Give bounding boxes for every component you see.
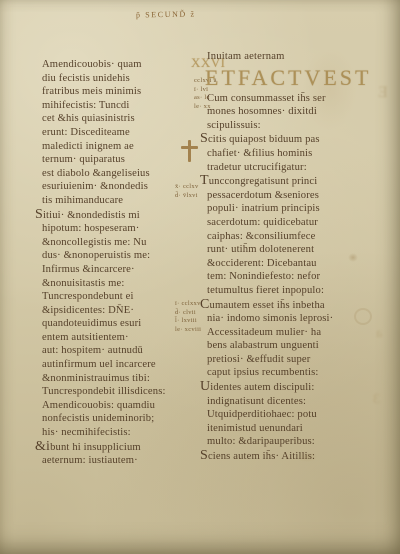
text-line: &noncollegistis me: Nu [42,236,194,250]
text-line: aeternum: iustiautem· [42,454,194,468]
text-line: Scitis quiapost biduum pas [207,132,382,147]
text-line: autinfirmum uel incarcere [42,358,194,372]
right-text-column: Inuitam aeternam ETFACTVEST Cum consumma… [207,50,382,464]
text-line: dus· &nonoperuistis me: [42,249,194,263]
text-line: multo: &daripauperibus: [207,435,382,449]
text-line: &occiderent: Dicebantau [207,257,382,271]
text-line: &ibunt hi insupplicium [42,440,194,455]
text-line: caput ipsius recumbentis: [207,366,382,380]
incipit-capitals: ETFACTVEST [205,65,382,91]
text-line: mones hosomnes· dixitdi [207,105,382,119]
text-line: tradetur utcrucifigatur: [207,161,382,175]
text-line: aut: hospitem· autnudū [42,344,194,358]
text-line: cet &his quiasinistris [42,112,194,126]
text-line: est diabolo &angeliseius [42,167,194,181]
text-line: Sitiui· &nondedistis mi [42,208,194,223]
text-line: nonfecistis unideminorib; [42,412,194,426]
text-line: Tunccongregatisunt princi [207,174,382,189]
text-line: erunt: Discediteame [42,126,194,140]
text-line: &ipsidicentes: DN̄E· [42,304,194,318]
text-line: entem autsitientem· [42,331,194,345]
text-line: tetumultus fieret inpopulo: [207,284,382,298]
text-line: tem: Nonindiefesto: nefor [207,270,382,284]
text-line: indignatisunt dicentes: [207,395,382,409]
text-line: Amendicouobis: quamdiu [42,399,194,413]
text-line: Utquidperditiohaec: potu [207,408,382,422]
text-line: Tuncrespondebit illisdicens: [42,385,194,399]
text-line: ternum· quiparatus [42,153,194,167]
text-line: &nonministrauimus tibi: [42,372,194,386]
text-line: Accessitadeum mulier· ha [207,326,382,340]
text-line: hipotum: hospeseram· [42,222,194,236]
text-line: sacerdotum: quidicebatur [207,216,382,230]
text-line: &nonuisitastis me: [42,277,194,291]
text-line: bens alabastrum unguenti [207,339,382,353]
text-line: quandoteuidimus esuri [42,317,194,331]
text-line: populi· inatrium principis [207,202,382,216]
running-header: p̃ SECUND̃ z̃ [136,9,196,19]
text-line: Tuncrespondebunt ei [42,290,194,304]
text-line: chafiet· &filius hominis [207,147,382,161]
text-line: pessacerdotum &seniores [207,189,382,203]
text-line: fratribus meis minimis [42,85,194,99]
text-line: Amendicouobis· quam [42,58,194,72]
text-line: Sciens autem ih̄s· Aitillis: [207,449,382,464]
text-line: mihifecistis: Tuncdi [42,99,194,113]
text-line: runt· utih̄m dolotenerent [207,243,382,257]
text-line: scipulissuis: [207,119,382,133]
text-line: maledicti inignem ae [42,140,194,154]
text-line: itenimistud uenundari [207,422,382,436]
text-line: Infirmus &incarcere· [42,263,194,277]
text-line: Cum consummasset ih̄s ser [207,92,382,106]
text-line: pretiosi· &effudit super [207,353,382,367]
manuscript-page: p̃ SECUND̃ z̃ XXVI cclxvi ā ī· lvī as… [0,0,400,554]
text-line: caiphas: &consiliumfece [207,230,382,244]
verse-continuation-line: Inuitam aeternam [207,50,382,64]
text-line: esuriuienim· &nondedis [42,180,194,194]
text-line: nia· indomo simonis leprosi· [207,312,382,326]
text-line: tis mihimanducare [42,194,194,208]
text-line: diu fecistis unidehis [42,72,194,86]
text-line: Cumautem esset ih̄s inbetha [207,298,382,313]
left-text-column: Amendicouobis· quam diu fecistis unidehi… [42,58,194,468]
text-line: his· necmihifecistis: [42,426,194,440]
text-line: Uidentes autem discipuli: [207,380,382,395]
